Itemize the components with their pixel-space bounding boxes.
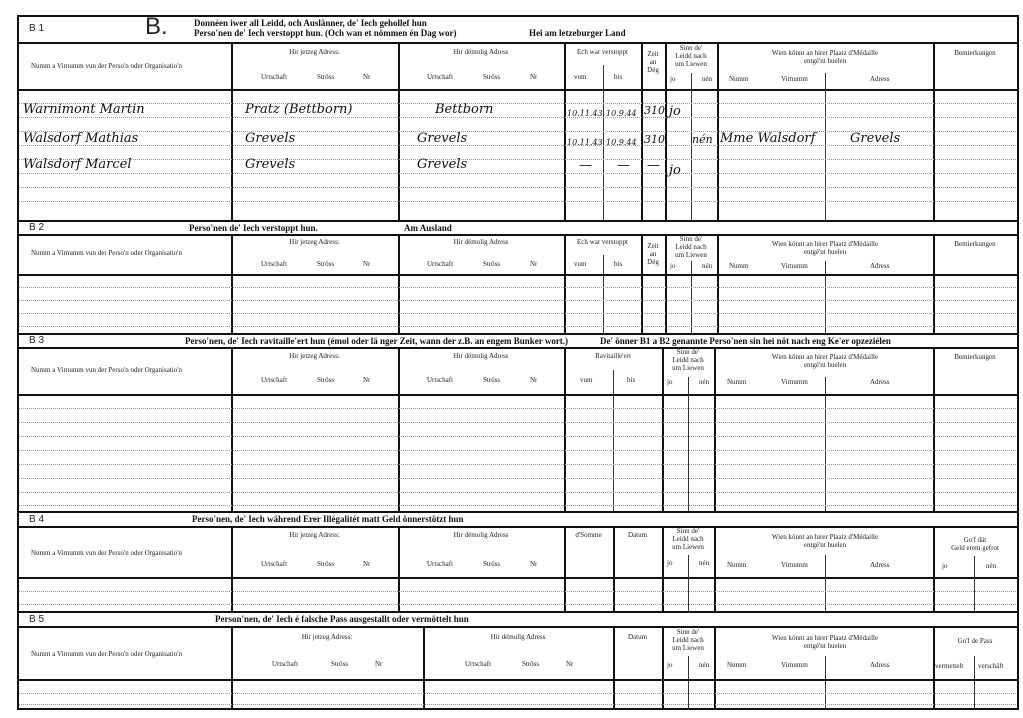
col-alive: um Liewen [665, 251, 717, 259]
col-date: Datum [613, 531, 662, 539]
section-title: Perso'nen, de' Iech ravitaille'ert hun (… [185, 336, 568, 346]
col-vum: vum [580, 376, 592, 384]
col-alive: um Liewen [662, 543, 714, 551]
col-nr: Nr [530, 560, 537, 568]
col-jo: jo [667, 559, 672, 567]
col-vum: vum [574, 73, 586, 81]
col-virnumm: Virnumm [781, 661, 808, 669]
col-bis: bis [614, 260, 622, 268]
col-urtschaft: Urtschaft [427, 376, 453, 384]
col-nr: Nr [363, 376, 370, 384]
col-numm: Numm [727, 661, 746, 669]
col-current-address: Hir jetzeg Adress: [231, 633, 423, 641]
col-adress: Adress [870, 262, 889, 270]
col-name: Numm a Virnumm vun der Perso'n oder Orga… [31, 650, 182, 658]
col-urtschaft: Urtschaft [261, 73, 287, 81]
cell-current: Grevels [245, 157, 295, 172]
col-former-address: Hir démolig Adress [398, 531, 564, 539]
col-remarks: Bemierkungen [933, 49, 1017, 57]
col-name: Numm a Virnumm vun der Perso'n oder Orga… [31, 249, 182, 257]
col-medal: Wien könnt an hirer Plaatz d'Médaille [717, 49, 933, 57]
col-stross: Ströss [317, 376, 334, 384]
col-stross: Ströss [317, 560, 334, 568]
section-title: Perso'nen de' Iech verstoppt hun. [189, 223, 318, 233]
form-letter: B. [145, 13, 168, 41]
col-adress: Adress [870, 661, 889, 669]
col-alive: Sinn de' [662, 348, 714, 356]
section-title: Perso'nen, de' Iech während Erer Illégal… [192, 514, 463, 524]
col-zeit: Dég [641, 66, 665, 74]
cell-name: Walsdorf Mathias [23, 131, 138, 146]
col-nen: nén [702, 75, 712, 83]
col-adress: Adress [870, 378, 889, 386]
col-urtschaft: Urtschaft [427, 260, 453, 268]
col-medal: entgé'nt huelen [717, 248, 933, 256]
col-stross: Ströss [522, 660, 539, 668]
col-alive: Leidd nach [662, 356, 714, 364]
col-date: Datum [613, 633, 662, 641]
col-nr: Nr [566, 660, 573, 668]
col-zeit: an [641, 58, 665, 66]
form-page: B 1 B. Donnéen iwer all Leidd, och Auslä… [17, 15, 1018, 710]
col-stross: Ströss [483, 376, 500, 384]
section-title-right: Am Ausland [404, 223, 452, 233]
col-stross: Ströss [483, 73, 500, 81]
col-name: Numm a Virnumm vun der Perso'n oder Orga… [31, 549, 182, 557]
col-alive: Leidd nach [662, 636, 714, 644]
col-alive: um Liewen [662, 644, 714, 652]
cell-current: Pratz (Bettborn) [245, 102, 353, 117]
col-mediated: vermettelt [935, 662, 963, 670]
cell-nen: nén [692, 133, 713, 146]
col-alive: Sinn de' [662, 628, 714, 636]
section-id: B 2 [29, 222, 44, 233]
col-current-address: Hir jetzeg Adress: [231, 238, 398, 246]
cell-days: 310 [644, 104, 665, 117]
col-virnumm: Virnumm [781, 262, 808, 270]
section-title: Person'nen, de' Iech é falsche Pass ausg… [215, 614, 469, 624]
col-bis: bis [627, 376, 635, 384]
cell-bis: — [617, 158, 630, 173]
col-gift: Go'f dät [933, 536, 1017, 544]
col-medal: entgé'nt huelen [717, 541, 933, 549]
col-stross: Ströss [483, 560, 500, 568]
col-vum: vum [574, 260, 586, 268]
col-jo: jo [670, 75, 675, 83]
cell-days: — [647, 158, 660, 173]
col-zeit: Dég [641, 258, 665, 266]
col-virnumm: Virnumm [781, 378, 808, 386]
col-virnumm: Virnumm [781, 75, 808, 83]
col-medal: Wien könnt an hirer Plaatz d'Médaille [717, 353, 933, 361]
col-urtschaft: Urtschaft [272, 660, 298, 668]
col-former-address: Hir démolig Adress [423, 633, 613, 641]
col-sum: d'Somme [564, 531, 613, 539]
col-adress: Adress [870, 561, 889, 569]
cell-bis: 10.9.44 [606, 109, 637, 118]
col-hidden: Ech war verstoppt [564, 238, 641, 246]
col-numm: Numm [727, 378, 746, 386]
col-urtschaft: Urtschaft [427, 560, 453, 568]
col-hidden: Ech war verstoppt [564, 48, 641, 56]
col-nr: Nr [375, 660, 382, 668]
col-nr: Nr [530, 376, 537, 384]
col-urtschaft: Urtschaft [261, 376, 287, 384]
col-zeit: an [641, 250, 665, 258]
cell-vum: 10.11.43 [567, 109, 603, 118]
col-gift-jo: jo [942, 562, 947, 570]
col-nen: nén [699, 559, 709, 567]
col-alive: Leidd nach [665, 52, 717, 60]
col-nr: Nr [530, 73, 537, 81]
section-title-right: Hei am letzeburger Land [529, 28, 626, 38]
cell-bis: 10.9.44 [606, 138, 637, 147]
cell-jo: jo [669, 104, 681, 119]
col-nen: nén [699, 661, 709, 669]
col-name: Numm a Virnumm vun der Perso'n oder Orga… [31, 62, 182, 70]
col-urtschaft: Urtschaft [261, 260, 287, 268]
col-jo: jo [667, 661, 672, 669]
col-former-address: Hir démolig Adress [398, 352, 564, 360]
col-zeit: Zeit [641, 242, 665, 250]
cell-medal-name: Mme Walsdorf [720, 131, 815, 146]
col-numm: Numm [727, 561, 746, 569]
col-current-address: Hir jetzeg Adress: [231, 531, 398, 539]
col-medal: entgé'nt huelen [717, 361, 933, 369]
col-alive: Sinn de' [665, 44, 717, 52]
cell-medal-address: Grevels [850, 131, 900, 146]
col-bis: bis [614, 73, 622, 81]
col-nr: Nr [363, 73, 370, 81]
col-medal: entgé'nt huelen [717, 642, 933, 650]
col-remarks: Bemierkungen [933, 353, 1017, 361]
cell-vum: — [579, 158, 592, 173]
section-id: B 5 [29, 614, 44, 625]
cell-current: Grevels [245, 131, 295, 146]
col-nen: nén [699, 378, 709, 386]
col-remarks: Bemierkungen [933, 240, 1017, 248]
col-stross: Ströss [317, 73, 334, 81]
col-pass: Go'f de Pass [933, 637, 1017, 645]
col-nr: Nr [363, 260, 370, 268]
col-urtschaft: Urtschaft [465, 660, 491, 668]
section-id: B 1 [29, 23, 44, 34]
col-stross: Ströss [317, 260, 334, 268]
col-alive: um Liewen [665, 60, 717, 68]
col-alive: um Liewen [662, 364, 714, 372]
col-name: Numm a Virnumm vun der Perso'n oder Orga… [31, 366, 182, 374]
col-medal: Wien könnt an hirer Plaatz d'Médaille [717, 533, 933, 541]
col-medal: Wien könnt an hirer Plaatz d'Médaille [717, 240, 933, 248]
col-adress: Adress [870, 75, 889, 83]
cell-name: Walsdorf Marcel [23, 157, 132, 172]
col-alive: Sinn de' [662, 527, 714, 535]
col-supplied: Ravitaille'ert [564, 352, 662, 360]
col-numm: Numm [729, 262, 748, 270]
col-urtschaft: Urtschaft [261, 560, 287, 568]
col-stross: Ströss [331, 660, 348, 668]
section-title-right: De' önner B1 a B2 genannte Perso'nen sin… [600, 336, 891, 346]
cell-former: Grevels [417, 157, 467, 172]
col-former-address: Hir démolig Adress [398, 238, 564, 246]
cell-name: Warnimont Martin [23, 102, 145, 117]
section-id: B 3 [29, 335, 44, 346]
col-virnumm: Virnumm [781, 561, 808, 569]
col-medal: entgé'nt huelen [717, 57, 933, 65]
col-nr: Nr [363, 560, 370, 568]
cell-days: 310 [644, 133, 665, 146]
col-medal: Wien könnt an hirer Plaatz d'Médaille [717, 634, 933, 642]
col-numm: Numm [729, 75, 748, 83]
col-procured: verschäft [978, 662, 1004, 670]
col-nen: nén [702, 262, 712, 270]
col-alive: Sinn de' [665, 235, 717, 243]
col-gift: Geld erem gefrot [933, 544, 1017, 552]
cell-jo: jo [669, 163, 681, 178]
col-gift-nen: nén [986, 562, 996, 570]
col-stross: Ströss [483, 260, 500, 268]
col-current-address: Hir jetzeg Adress: [231, 352, 398, 360]
col-alive: Leidd nach [665, 243, 717, 251]
section-id: B 4 [29, 514, 44, 525]
section-title-line1: Donnéen iwer all Leidd, och Auslänner, d… [194, 18, 427, 28]
cell-former: Grevels [417, 131, 467, 146]
col-jo: jo [670, 262, 675, 270]
col-alive: Leidd nach [662, 535, 714, 543]
cell-former: Bettborn [435, 102, 493, 117]
cell-vum: 10.11.43 [567, 138, 603, 147]
section-title-line2: Perso'nen de' Iech verstoppt hun. (Och w… [194, 28, 457, 38]
col-jo: jo [667, 378, 672, 386]
col-nr: Nr [530, 260, 537, 268]
col-urtschaft: Urtschaft [427, 73, 453, 81]
col-former-address: Hir démolig Adress [398, 48, 564, 56]
col-zeit: Zeit [641, 50, 665, 58]
col-current-address: Hir jetzeg Adress: [231, 48, 398, 56]
